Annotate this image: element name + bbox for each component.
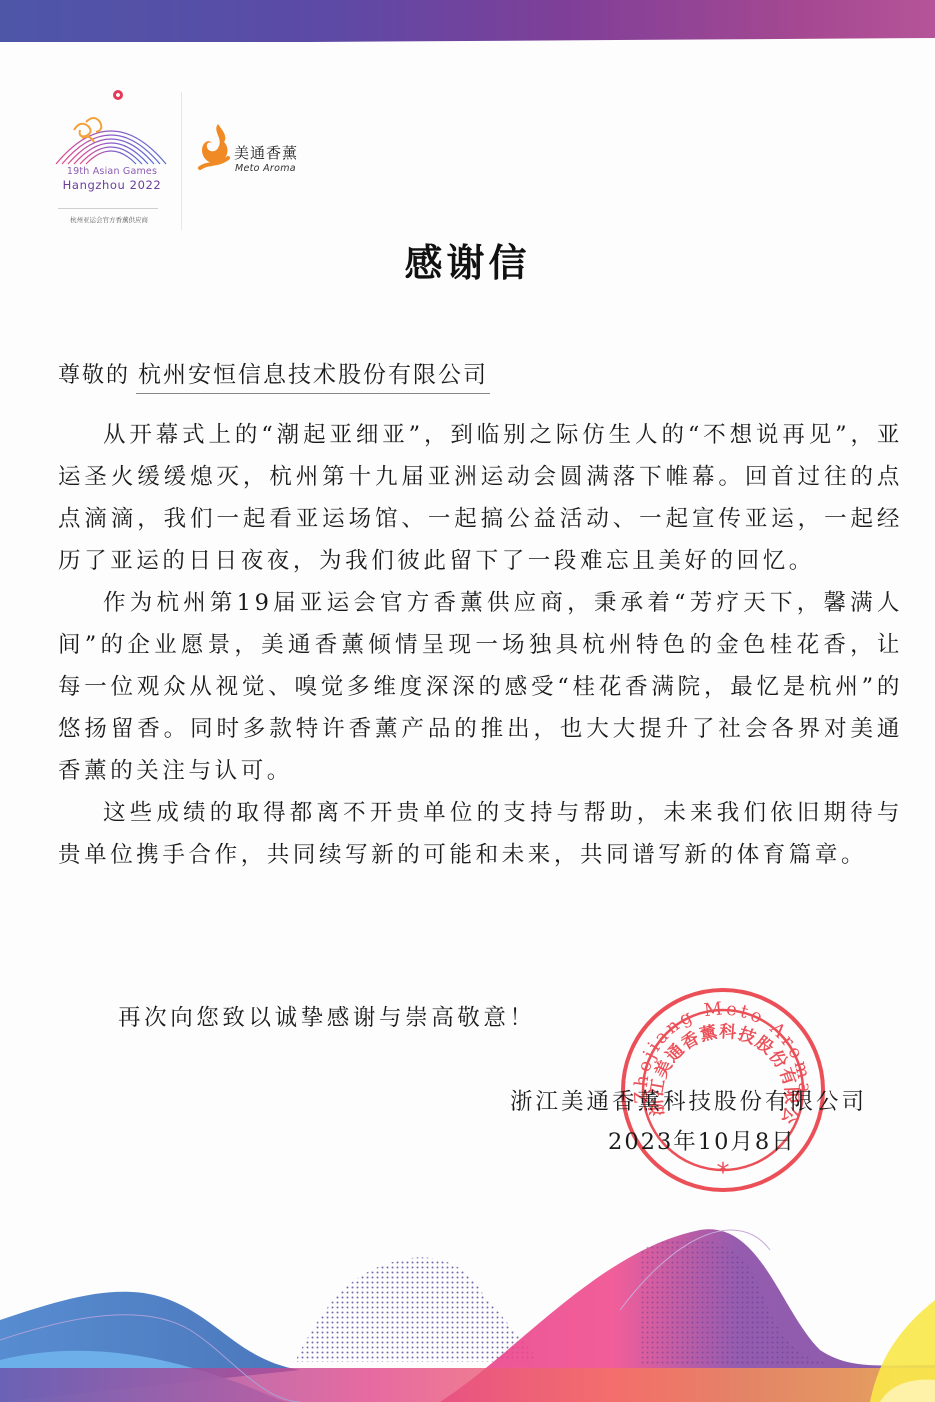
- letter-title: 感谢信: [0, 232, 935, 287]
- logo-divider: [181, 92, 182, 230]
- decorative-wave: [0, 1190, 935, 1402]
- paragraph-3: 这些成绩的取得都离不开贵单位的支持与帮助，未来我们依旧期待与贵单位携手合作，共同…: [58, 792, 903, 876]
- logo-rule: [58, 208, 158, 209]
- asian-games-subtitle: Hangzhou 2022: [50, 178, 174, 192]
- recipient-name: 杭州安恒信息技术股份有限公司: [136, 356, 490, 394]
- letter-body: 从开幕式上的“潮起亚细亚”，到临别之际仿生人的“不想说再见”，亚运圣火缓缓熄灭，…: [58, 414, 903, 876]
- supplier-label: 杭州亚运会官方香薰供应商: [50, 215, 168, 224]
- closing-line: 再次向您致以诚挚感谢与崇高敬意！: [118, 1000, 536, 1032]
- header-color-band: [0, 0, 935, 42]
- flame-icon: [198, 122, 232, 172]
- sun-icon: [113, 90, 123, 100]
- salutation-prefix: 尊敬的: [58, 363, 130, 388]
- asian-games-title: 19th Asian Games: [50, 166, 174, 177]
- signature-company: 浙江美通香薰科技股份有限公司: [510, 1084, 867, 1116]
- salutation: 尊敬的杭州安恒信息技术股份有限公司: [58, 356, 490, 394]
- signature-date: 2023年10月8日: [608, 1124, 796, 1156]
- meto-name-cn: 美通香薰: [234, 142, 298, 163]
- asian-games-logo: 19th Asian Games Hangzhou 2022 杭州亚运会官方香薰…: [50, 84, 170, 229]
- meto-aroma-logo: 美通香薰 Meto Aroma: [198, 122, 328, 182]
- paragraph-2: 作为杭州第19届亚运会官方香薰供应商，秉承着“芳疗天下，馨满人间”的企业愿景，美…: [58, 582, 903, 792]
- seal-star: *: [717, 1158, 730, 1188]
- paragraph-1: 从开幕式上的“潮起亚细亚”，到临别之际仿生人的“不想说再见”，亚运圣火缓缓熄灭，…: [58, 414, 903, 582]
- logo-area: 19th Asian Games Hangzhou 2022 杭州亚运会官方香薰…: [50, 84, 330, 234]
- meto-name-en: Meto Aroma: [235, 163, 296, 174]
- asian-games-arc-icon: [52, 104, 170, 166]
